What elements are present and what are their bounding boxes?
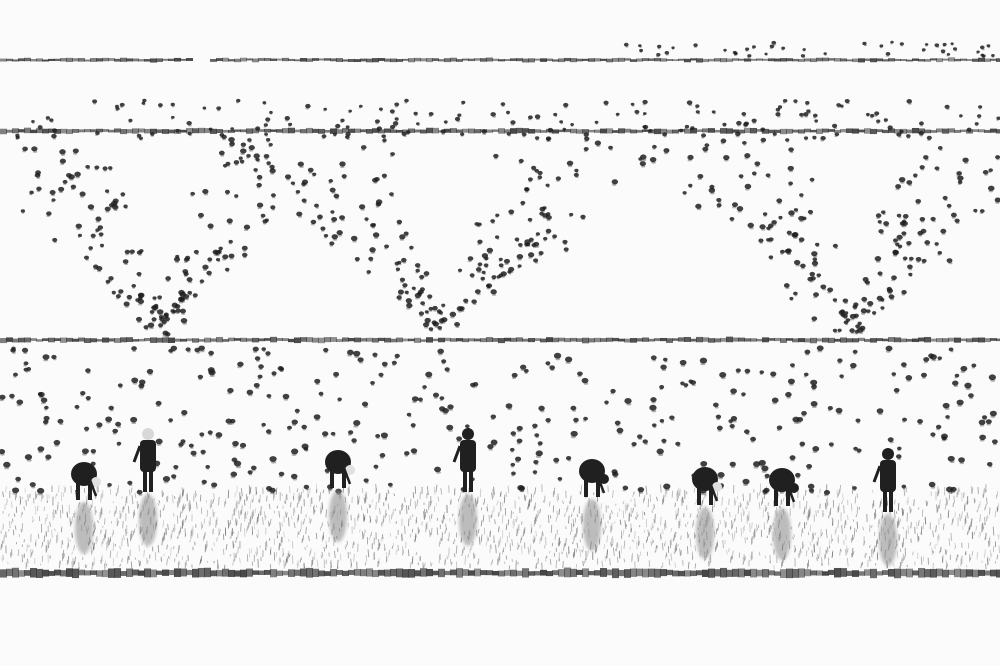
- rice-paddy-scene: [0, 0, 1000, 666]
- rice-paddy-photograph: [0, 0, 1000, 666]
- flooded-water: [0, 0, 1000, 666]
